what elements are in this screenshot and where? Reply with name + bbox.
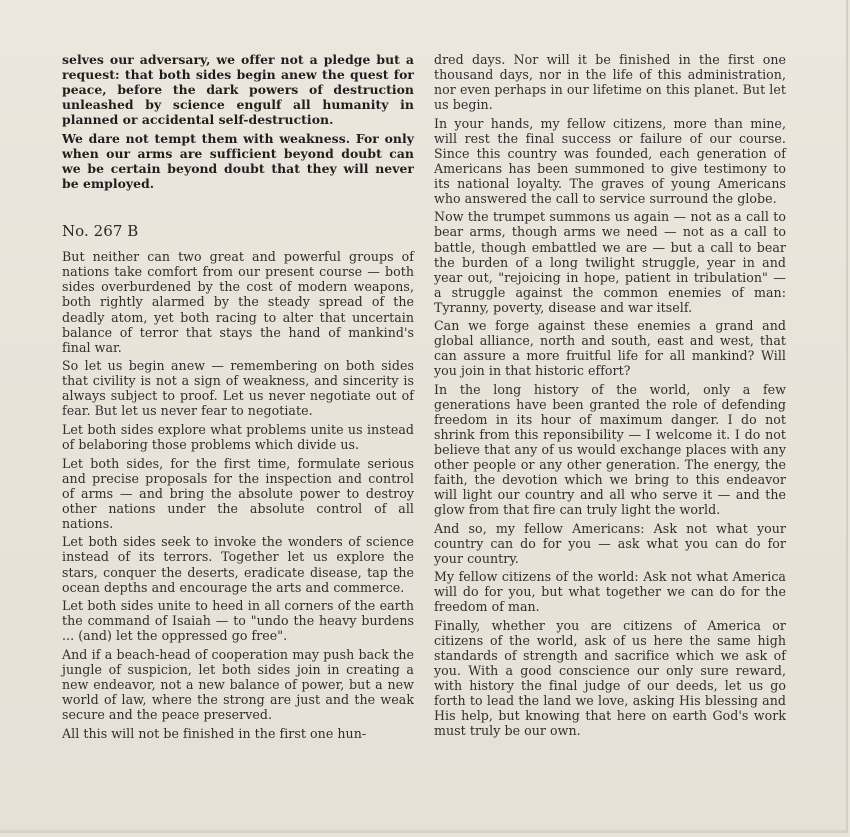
body-paragraph: My fellow citizens of the world: Ask not… (434, 569, 786, 614)
body-paragraph: All this will not be finished in the fir… (62, 726, 414, 741)
body-paragraph: And so, my fellow Americans: Ask not wha… (434, 521, 786, 566)
body-paragraph: Let both sides explore what problems uni… (62, 422, 414, 452)
body-paragraph: And if a beach-head of cooperation may p… (62, 647, 414, 722)
body-paragraph: In your hands, my fellow citizens, more … (434, 116, 786, 207)
body-paragraph: In the long history of the world, only a… (434, 382, 786, 518)
body-paragraph: Let both sides, for the first time, form… (62, 456, 414, 531)
body-paragraph: Let both sides unite to heed in all corn… (62, 598, 414, 643)
body-paragraph: Let both sides seek to invoke the wonder… (62, 534, 414, 594)
left-column: selves our adversary, we offer not a ple… (62, 52, 414, 744)
body-paragraph: But neither can two great and powerful g… (62, 249, 414, 355)
body-paragraph: So let us begin anew — remembering on bo… (62, 358, 414, 418)
body-paragraph: dred days. Nor will it be finished in th… (434, 52, 786, 112)
printed-page: selves our adversary, we offer not a ple… (0, 0, 848, 833)
section-heading: No. 267 B (62, 224, 414, 239)
body-paragraph: Now the trumpet summons us again — not a… (434, 209, 786, 315)
intro-paragraph: selves our adversary, we offer not a ple… (62, 52, 414, 127)
body-paragraph: Can we forge against these enemies a gra… (434, 318, 786, 378)
body-paragraph: Finally, whether you are citizens of Ame… (434, 618, 786, 739)
right-column: dred days. Nor will it be finished in th… (434, 52, 786, 742)
intro-paragraph: We dare not tempt them with weakness. Fo… (62, 131, 414, 191)
